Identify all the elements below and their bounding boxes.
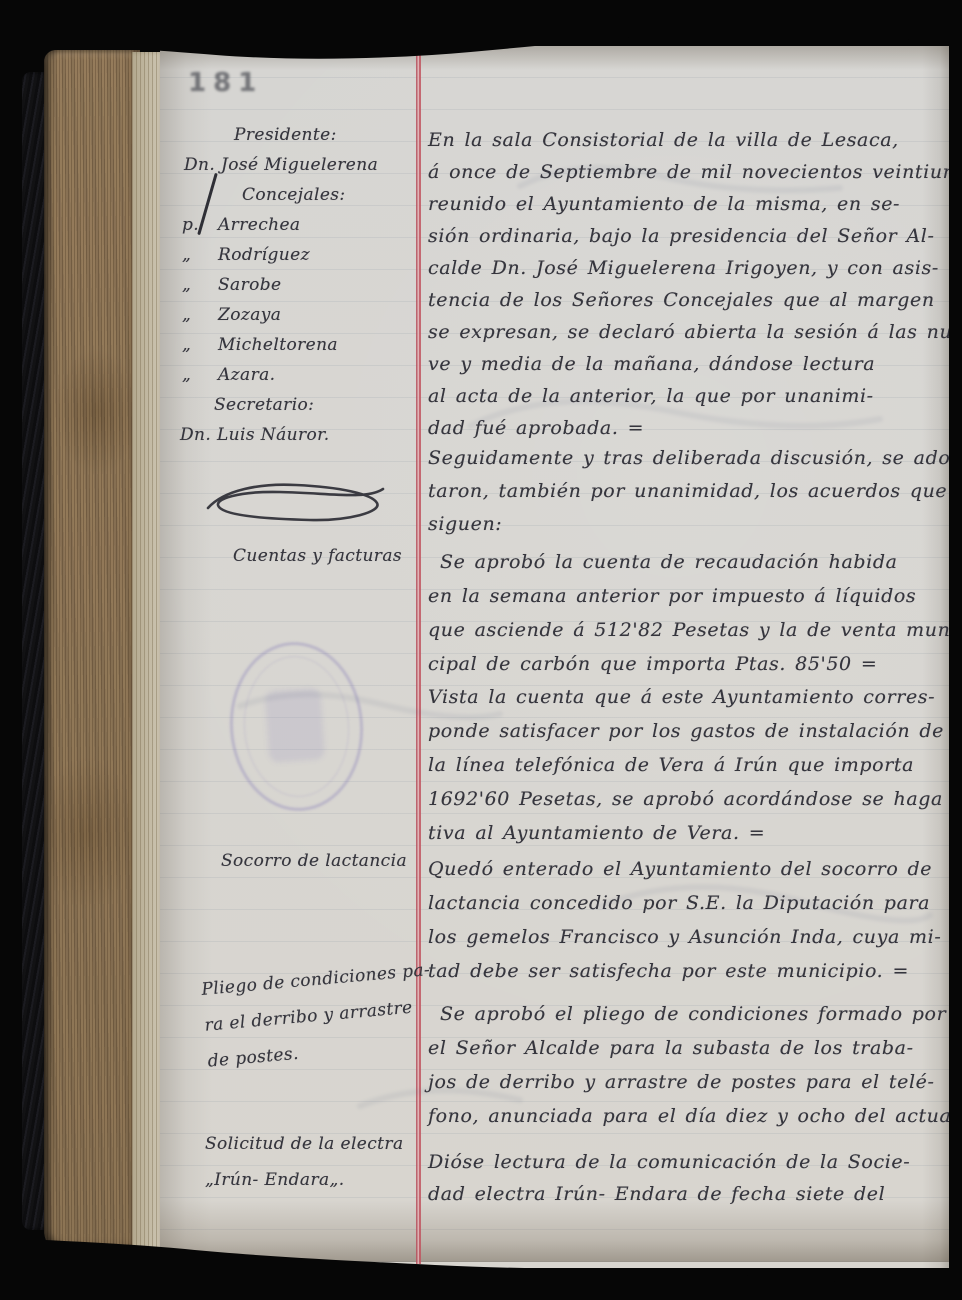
margin-note-line: Solicitud de la electra xyxy=(205,1126,403,1162)
manuscript-line: la línea telefónica de Vera á Irún que i… xyxy=(428,748,946,782)
manuscript-line: se expresan, se declaró abierta la sesió… xyxy=(428,316,946,348)
paragraph-solicitud: Dióse lectura de la comunicación de la S… xyxy=(428,1146,946,1210)
manuscript-line: Vista la cuenta que á este Ayuntamiento … xyxy=(428,680,946,714)
councilor-name: Micheltorena xyxy=(218,330,338,360)
president-name: Dn. José Miguelerena xyxy=(176,150,428,180)
margin-note-socorro: Socorro de lactancia xyxy=(221,851,407,871)
councilor-mark: „ xyxy=(176,240,218,270)
manuscript-line: al acta de la anterior, la que por unani… xyxy=(428,380,946,412)
manuscript-line: lactancia concedido por S.E. la Diputaci… xyxy=(428,886,946,920)
councilor-mark: „ xyxy=(176,270,218,300)
manuscript-line: Se aprobó la cuenta de recaudación habid… xyxy=(428,545,946,579)
councilors-label: Concejales: xyxy=(176,180,428,210)
councilor-row: „ Micheltorena xyxy=(176,330,428,360)
margin-note-line: „Irún- Endara„. xyxy=(205,1162,403,1198)
councilor-mark: p. xyxy=(176,210,218,240)
manuscript-line: Seguidamente y tras deliberada discusión… xyxy=(428,442,946,475)
photo-bottom-edge xyxy=(0,1226,962,1300)
paragraph-linea-telefonica: Vista la cuenta que á este Ayuntamiento … xyxy=(428,680,946,850)
councilor-row: p. Arrechea xyxy=(176,210,428,240)
secretary-label: Secretario: xyxy=(176,390,428,420)
councilor-row: „ Zozaya xyxy=(176,300,428,330)
councilor-name: Arrechea xyxy=(218,210,300,240)
councilor-name: Rodríguez xyxy=(218,240,310,270)
manuscript-line: siguen: xyxy=(428,508,946,541)
manuscript-line: sión ordinaria, bajo la presidencia del … xyxy=(428,220,946,252)
manuscript-line: Se aprobó el pliego de condiciones forma… xyxy=(428,997,946,1031)
paragraph-agreements-intro: Seguidamente y tras deliberada discusión… xyxy=(428,442,946,541)
manuscript-line: dad fué aprobada. = xyxy=(428,412,946,444)
councilor-name: Zozaya xyxy=(218,300,281,330)
councilor-mark: „ xyxy=(176,330,218,360)
manuscript-line: el Señor Alcalde para la subasta de los … xyxy=(428,1031,946,1065)
photo-top-edge xyxy=(0,0,962,70)
councilor-row: „ Azara. xyxy=(176,360,428,390)
paragraph-cuentas: Se aprobó la cuenta de recaudación habid… xyxy=(428,545,946,681)
manuscript-line: Dióse lectura de la comunicación de la S… xyxy=(428,1146,946,1178)
manuscript-line: tencia de los Señores Concejales que al … xyxy=(428,284,946,316)
councilor-name: Sarobe xyxy=(218,270,282,300)
manuscript-line: ponde satisfacer por los gastos de insta… xyxy=(428,714,946,748)
manuscript-line: ve y media de la mañana, dándose lectura xyxy=(428,348,946,380)
paragraph-socorro: Quedó enterado el Ayuntamiento del socor… xyxy=(428,852,946,988)
photo-right-edge xyxy=(949,0,962,1300)
manuscript-line: que asciende á 512'82 Pesetas y la de ve… xyxy=(428,613,946,647)
manuscript-line: En la sala Consistorial de la villa de L… xyxy=(428,124,946,156)
margin-note-solicitud: Solicitud de la electra „Irún- Endara„. xyxy=(205,1126,403,1198)
manuscript-line: taron, también por unanimidad, los acuer… xyxy=(428,475,946,508)
manuscript-line: á once de Septiembre de mil novecientos … xyxy=(428,156,946,188)
margin-column: Presidente: Dn. José Miguelerena Conceja… xyxy=(176,120,428,450)
margin-note-cuentas: Cuentas y facturas xyxy=(233,546,402,566)
manuscript-line: Quedó enterado el Ayuntamiento del socor… xyxy=(428,852,946,886)
secretary-name: Dn. Luis Náuror. xyxy=(176,420,428,450)
margin-note-pliego: Pliego de condiciones pa- ra el derribo … xyxy=(200,952,438,1080)
manuscript-line: fono, anunciada para el día diez y ocho … xyxy=(428,1099,946,1133)
manuscript-line: cipal de carbón que importa Ptas. 85'50 … xyxy=(428,647,946,681)
paragraph-session-opening: En la sala Consistorial de la villa de L… xyxy=(428,124,946,444)
flourish-squiggle xyxy=(198,476,390,528)
councilor-row: „ Sarobe xyxy=(176,270,428,300)
manuscript-line: calde Dn. José Miguelerena Irigoyen, y c… xyxy=(428,252,946,284)
manuscript-line: dad electra Irún- Endara de fecha siete … xyxy=(428,1178,946,1210)
manuscript-line: 1692'60 Pesetas, se aprobó acordándose s… xyxy=(428,782,946,816)
manuscript-line: tad debe ser satisfecha por este municip… xyxy=(428,954,946,988)
councilor-mark: „ xyxy=(176,300,218,330)
councilor-row: „ Rodríguez xyxy=(176,240,428,270)
manuscript-line: en la semana anterior por impuesto á líq… xyxy=(428,579,946,613)
manuscript-line: jos de derribo y arrastre de postes para… xyxy=(428,1065,946,1099)
manuscript-line: los gemelos Francisco y Asunción Inda, c… xyxy=(428,920,946,954)
paragraph-pliego: Se aprobó el pliego de condiciones forma… xyxy=(428,997,946,1133)
councilor-mark: „ xyxy=(176,360,218,390)
manuscript-line: tiva al Ayuntamiento de Vera. = xyxy=(428,816,946,850)
manuscript-line: reunido el Ayuntamiento de la misma, en … xyxy=(428,188,946,220)
scanned-book-photo: 181 Presidente: Dn. José Miguelerena Con… xyxy=(0,0,962,1300)
president-label: Presidente: xyxy=(176,120,428,150)
councilor-name: Azara. xyxy=(218,360,275,390)
book-page-edges xyxy=(44,50,140,1256)
